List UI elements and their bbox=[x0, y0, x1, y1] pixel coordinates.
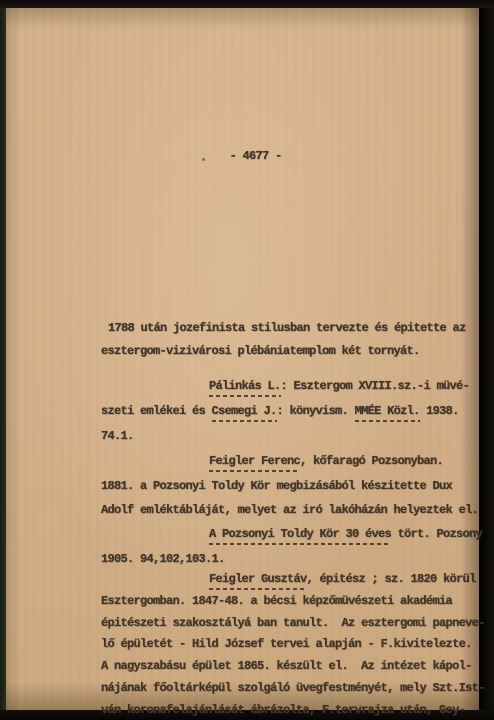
text-segment: Adolf emléktábláját, melyet az iró lakóh… bbox=[101, 503, 478, 517]
text-segment: 1938. bbox=[420, 404, 459, 418]
underlined-text: MMÉE Közl. bbox=[355, 404, 420, 422]
text-line: 1881. a Pozsonyi Toldy Kör megbizásából … bbox=[101, 474, 485, 499]
text-line: nájának főoltárképül szolgáló üvegfestmé… bbox=[101, 678, 485, 700]
text-segment: 1881. a Pozsonyi Toldy Kör megbizásából … bbox=[101, 479, 452, 493]
text-line: 74.1. bbox=[101, 424, 485, 449]
text-line: szeti emlékei és Csemegi J.: könyvism. M… bbox=[101, 399, 485, 424]
text-segment: épitészeti szakosztályá ban tanult. Az e… bbox=[101, 616, 485, 630]
text-line: Pálinkás L.: Esztergom XVIII.sz.-i müvé- bbox=[101, 374, 485, 399]
text-segment: 1788 után jozefinista stilusban tervezte… bbox=[108, 321, 466, 335]
text-segment: , kőfaragó Pozsonyban. bbox=[300, 454, 443, 468]
underlined-text: Csemegi J. bbox=[212, 404, 277, 422]
text-line: Feigler Ferenc, kőfaragó Pozsonyban. bbox=[101, 449, 485, 474]
text-line: A Pozsonyi Toldy Kör 30 éves tört. Pozso… bbox=[101, 522, 485, 547]
text-segment: szeti emlékei és bbox=[101, 404, 212, 418]
text-segment: lő épületét - Hild József tervei alapján… bbox=[101, 637, 472, 651]
entry-feigler-gusztav: Feigler Gusztáv, épitész ; sz. 1820 körü… bbox=[101, 569, 485, 720]
text-line: esztergom-vizivárosi plébániatemplom két… bbox=[101, 340, 485, 363]
text-line: lő épületét - Hild József tervei alapján… bbox=[101, 634, 485, 656]
paragraph-1788: 1788 után jozefinista stilusban tervezte… bbox=[101, 317, 485, 363]
text-line: 1788 után jozefinista stilusban tervezte… bbox=[101, 317, 485, 340]
text-segment: ván koronafelajánlását ábrázolta, F.terv… bbox=[101, 703, 465, 717]
text-segment: 74.1. bbox=[101, 429, 134, 443]
text-segment: , épitész ; sz. 1820 körül bbox=[307, 572, 476, 586]
text-line: Adolf emléktábláját, melyet az iró lakóh… bbox=[101, 498, 485, 523]
text-line: Feigler Gusztáv, épitész ; sz. 1820 körü… bbox=[101, 569, 485, 591]
text-line: 1905. 94,102,103.1. bbox=[101, 547, 485, 572]
citation-palinkas: Pálinkás L.: Esztergom XVIII.sz.-i müvé-… bbox=[101, 374, 485, 449]
text-line: ván koronafelajánlását ábrázolta, F.terv… bbox=[101, 700, 485, 720]
text-segment: : Esztergom XVIII.sz.-i müvé- bbox=[281, 379, 470, 393]
text-segment: : könyvism. bbox=[277, 404, 355, 418]
scanned-document-page: - 4677 - 1788 után jozefinista stilusban… bbox=[0, 0, 494, 720]
text-line: épitészeti szakosztályá ban tanult. Az e… bbox=[101, 613, 485, 635]
paper-sheet: - 4677 - 1788 után jozefinista stilusban… bbox=[6, 8, 479, 710]
underlined-text: Feigler Ferenc bbox=[209, 454, 300, 472]
underlined-text: Feigler Gusztáv bbox=[209, 572, 307, 590]
scan-edge-top bbox=[0, 0, 494, 8]
citation-toldy-kor: A Pozsonyi Toldy Kör 30 éves tört. Pozso… bbox=[101, 522, 485, 571]
underlined-text: A Pozsonyi Toldy Kör 30 éves bbox=[209, 527, 391, 545]
text-segment: esztergom-vizivárosi plébániatemplom két… bbox=[101, 344, 420, 358]
underlined-text: Pálinkás L. bbox=[209, 379, 281, 397]
text-segment: Esztergomban. 1847-48. a bécsi képzőmüvé… bbox=[101, 594, 452, 608]
text-segment: A nagyszabásu épület 1865. készült el. A… bbox=[101, 659, 472, 673]
text-line: A nagyszabásu épület 1865. készült el. A… bbox=[101, 656, 485, 678]
text-segment: nájának főoltárképül szolgáló üvegfestmé… bbox=[101, 681, 485, 695]
text-segment: tört. Pozsony bbox=[391, 527, 482, 541]
entry-feigler-ferenc: Feigler Ferenc, kőfaragó Pozsonyban.1881… bbox=[101, 449, 485, 523]
text-line: Esztergomban. 1847-48. a bécsi képzőmüvé… bbox=[101, 591, 485, 613]
page-number: - 4677 - bbox=[6, 149, 479, 163]
text-segment: 1905. 94,102,103.1. bbox=[101, 552, 225, 566]
